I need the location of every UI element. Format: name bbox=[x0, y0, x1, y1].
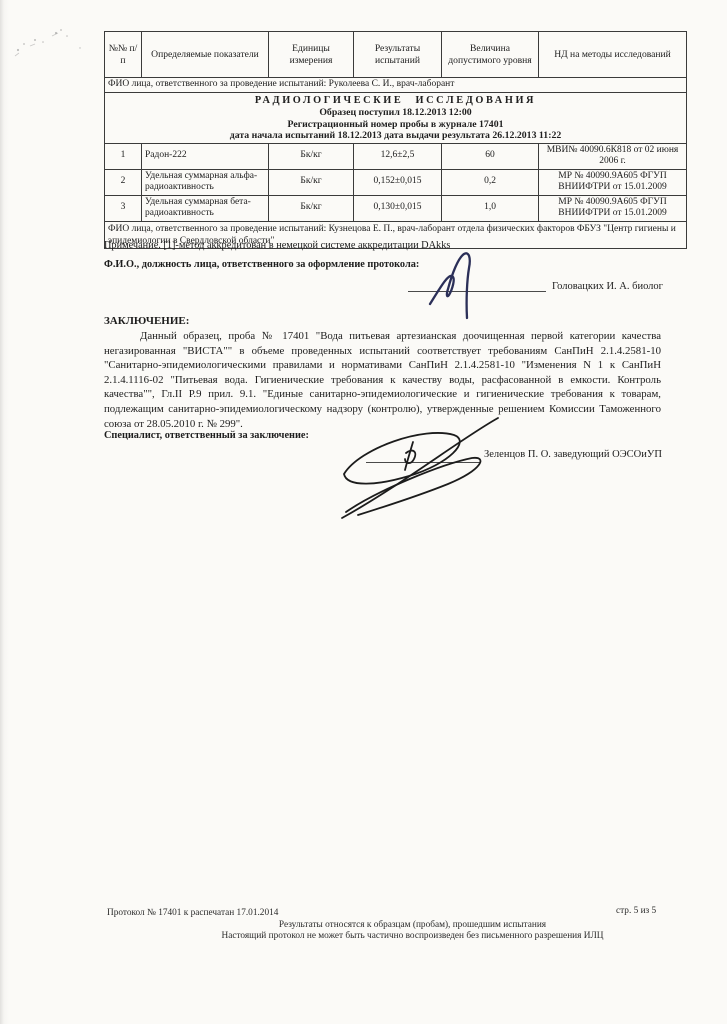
tester-top-text: ФИО лица, ответственного за проведение и… bbox=[105, 78, 687, 93]
cell-unit: Бк/кг bbox=[269, 169, 354, 195]
specialist-name: Зеленцов П. О. заведующий ОЭСОиУП bbox=[484, 449, 662, 460]
cell-indicator: Удельная суммарная альфа-радиоактивность bbox=[142, 169, 269, 195]
cell-limit: 60 bbox=[442, 143, 539, 169]
registrar-signature bbox=[424, 246, 484, 322]
registrar-name: Головацких И. А. биолог bbox=[552, 281, 663, 292]
cell-unit: Бк/кг bbox=[269, 143, 354, 169]
cell-method: МР № 40090.9А605 ФГУП ВНИИФТРИ от 15.01.… bbox=[539, 195, 687, 221]
registration-line: Регистрационный номер пробы в журнале 17… bbox=[108, 119, 683, 131]
cell-num: 1 bbox=[105, 143, 142, 169]
cell-limit: 0,2 bbox=[442, 169, 539, 195]
cell-method: МР № 40090.9А605 ФГУП ВНИИФТРИ от 15.01.… bbox=[539, 169, 687, 195]
dates-line: дата начала испытаний 18.12.2013 дата вы… bbox=[108, 130, 683, 142]
footer-note-2: Настоящий протокол не может быть частичн… bbox=[130, 931, 695, 941]
col-header-indicator: Определяемые показатели bbox=[142, 32, 269, 78]
cell-indicator: Удельная суммарная бета-радиоактивность bbox=[142, 195, 269, 221]
footer-page-number: стр. 5 из 5 bbox=[616, 906, 656, 916]
cell-num: 3 bbox=[105, 195, 142, 221]
cell-limit: 1,0 bbox=[442, 195, 539, 221]
col-header-limit: Величина допустимого уровня bbox=[442, 32, 539, 78]
cell-num: 2 bbox=[105, 169, 142, 195]
table-row: 3 Удельная суммарная бета-радиоактивност… bbox=[105, 195, 687, 221]
table-header-row: №№ п/п Определяемые показатели Единицы и… bbox=[105, 32, 687, 78]
section-subheader-row: РАДИОЛОГИЧЕСКИЕ ИССЛЕДОВАНИЯ Образец пос… bbox=[105, 92, 687, 143]
specialist-signature bbox=[330, 412, 510, 524]
tester-row-top: ФИО лица, ответственного за проведение и… bbox=[105, 78, 687, 93]
table-row: 1 Радон-222 Бк/кг 12,6±2,5 60 МВИ№ 40090… bbox=[105, 143, 687, 169]
cell-method: МВИ№ 40090.6К818 от 02 июня 2006 г. bbox=[539, 143, 687, 169]
cell-result: 0,130±0,015 bbox=[354, 195, 442, 221]
conclusion-heading: ЗАКЛЮЧЕНИЕ: bbox=[104, 315, 189, 327]
sample-received-line: Образец поступил 18.12.2013 12:00 bbox=[108, 107, 683, 119]
cell-result: 0,152±0,015 bbox=[354, 169, 442, 195]
document-page: №№ п/п Определяемые показатели Единицы и… bbox=[0, 0, 727, 1024]
cell-result: 12,6±2,5 bbox=[354, 143, 442, 169]
col-header-unit: Единицы измерения bbox=[269, 32, 354, 78]
registrar-label: Ф.И.О., должность лица, ответственного з… bbox=[104, 259, 419, 270]
col-header-method: НД на методы исследований bbox=[539, 32, 687, 78]
col-header-result: Результаты испытаний bbox=[354, 32, 442, 78]
cell-indicator: Радон-222 bbox=[142, 143, 269, 169]
section-title: РАДИОЛОГИЧЕСКИЕ ИССЛЕДОВАНИЯ bbox=[108, 94, 683, 108]
table-row: 2 Удельная суммарная альфа-радиоактивнос… bbox=[105, 169, 687, 195]
footer-protocol: Протокол № 17401 к распечатан 17.01.2014 bbox=[107, 908, 278, 918]
pencil-marks bbox=[10, 18, 105, 63]
col-header-num: №№ п/п bbox=[105, 32, 142, 78]
results-table: №№ п/п Определяемые показатели Единицы и… bbox=[104, 31, 687, 249]
specialist-label: Специалист, ответственный за заключение: bbox=[104, 430, 309, 441]
cell-unit: Бк/кг bbox=[269, 195, 354, 221]
note-line: Примечание. [1]-метод аккредитован в нем… bbox=[104, 240, 450, 251]
footer-note-1: Результаты относятся к образцам (пробам)… bbox=[130, 920, 695, 930]
